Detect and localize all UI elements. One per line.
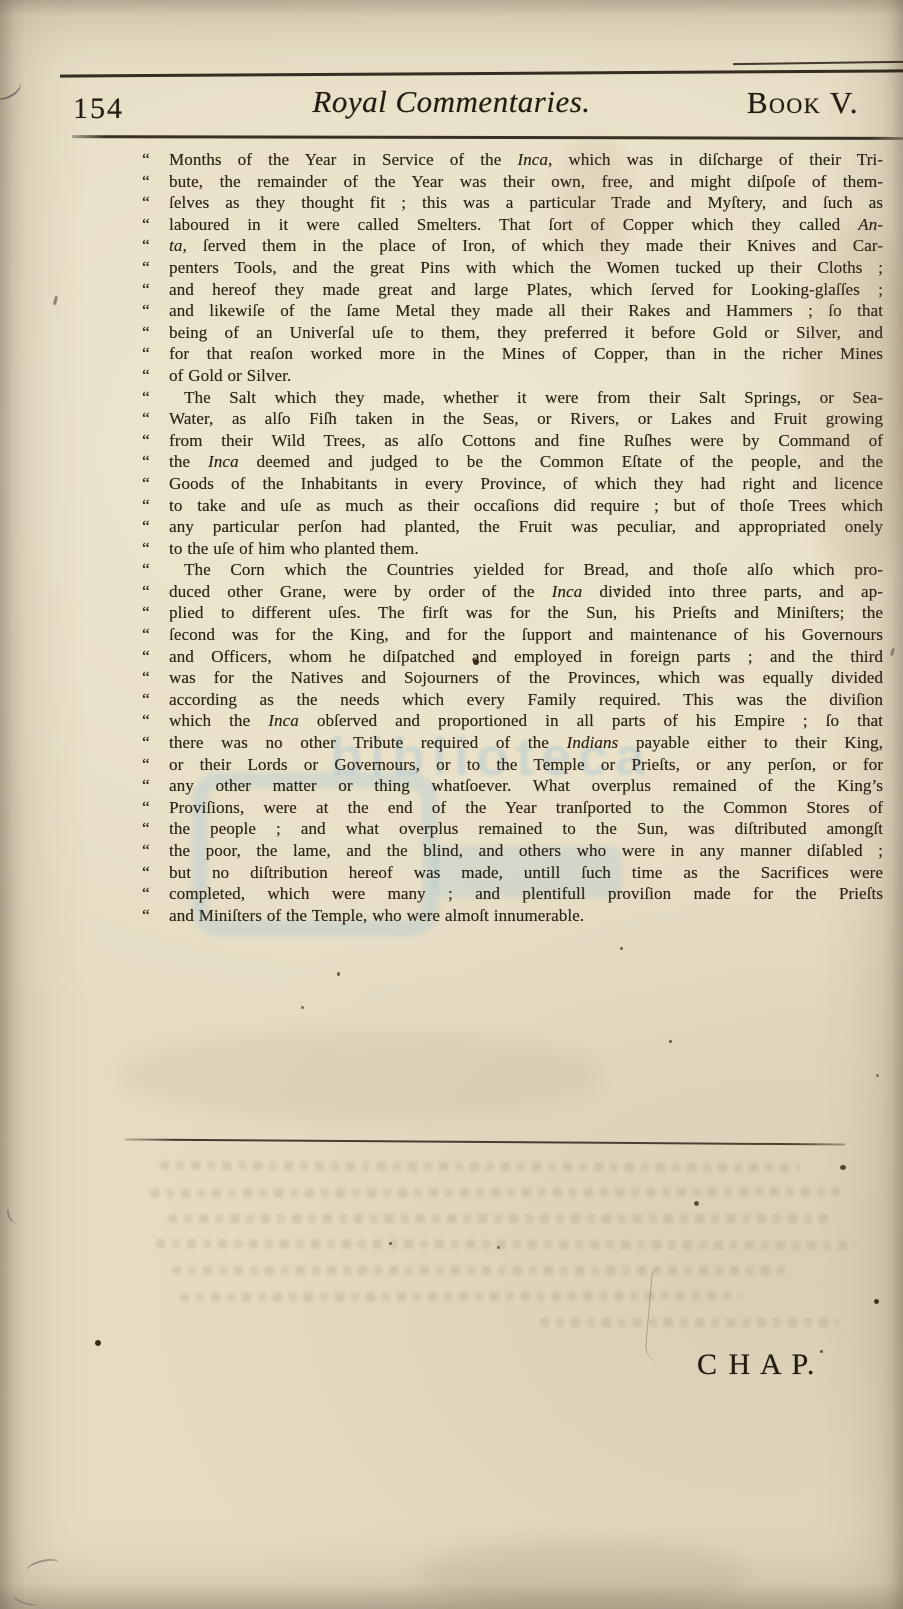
- line-text: any other matter or thing whatſoever. Wh…: [169, 775, 883, 797]
- line-text: any particular perſon had planted, the F…: [169, 516, 883, 538]
- text-line: “The Corn which the Countries yielded fo…: [142, 559, 883, 581]
- text-line: “the poor, the lame, and the blind, and …: [142, 840, 883, 862]
- text-line: “completed, which were many ; and plenti…: [142, 883, 883, 905]
- text-line: “or their Lords or Governours, or to the…: [142, 754, 883, 776]
- book-label: Book V.: [747, 85, 859, 121]
- text-line: “but no diſtribution hereof was made, un…: [142, 862, 883, 884]
- line-text: for that reaſon worked more in the Mines…: [169, 343, 883, 365]
- quote-mark: “: [142, 797, 150, 819]
- ink-speck: [620, 947, 623, 950]
- quote-mark: “: [142, 365, 150, 387]
- text-line: “ſecond was for the King, and for the ſu…: [142, 624, 883, 646]
- pen-mark: [644, 1267, 669, 1362]
- line-text: from their Wild Trees, as alſo Cottons a…: [169, 430, 883, 452]
- ink-speck: [617, 588, 620, 591]
- text-line: “penters Tools, and the great Pins with …: [142, 257, 883, 279]
- verso-show-through: [156, 1239, 856, 1250]
- line-text: and Miniſters of the Temple, who were al…: [169, 905, 883, 927]
- line-text: penters Tools, and the great Pins with w…: [169, 257, 883, 279]
- line-text: according as the needs which every Famil…: [169, 689, 883, 711]
- line-text: The Salt which they made, whether it wer…: [169, 387, 883, 409]
- pen-mark: [890, 648, 895, 657]
- text-line: “and Miniſters of the Temple, who were a…: [142, 905, 883, 927]
- text-line: “to the uſe of him who planted them.: [142, 538, 883, 560]
- quote-mark: “: [142, 473, 150, 495]
- quote-mark: “: [142, 214, 150, 236]
- foxing-spot: [874, 1299, 879, 1304]
- line-text: to take and uſe as much as their occaſio…: [169, 495, 883, 517]
- quote-mark: “: [142, 300, 150, 322]
- line-text: was for the Natives and Sojourners of th…: [169, 667, 883, 689]
- quote-mark: “: [142, 905, 150, 927]
- text-line: “The Salt which they made, whether it we…: [142, 387, 883, 409]
- quote-mark: “: [142, 710, 150, 732]
- quote-mark: “: [142, 840, 150, 862]
- text-line: “was for the Natives and Sojourners of t…: [142, 667, 883, 689]
- quote-mark: “: [142, 408, 150, 430]
- quote-mark: “: [142, 732, 150, 754]
- pen-mark: [6, 1207, 23, 1226]
- ink-speck: [669, 1040, 672, 1043]
- text-line: “and Officers, whom he diſpatched and em…: [142, 646, 883, 668]
- top-rule-secondary: [733, 61, 903, 65]
- body-text: “Months of the Year in Service of the In…: [142, 149, 883, 926]
- quote-mark: “: [142, 279, 150, 301]
- paper-stain: [560, 140, 630, 260]
- line-text: ſecond was for the King, and for the ſup…: [169, 624, 883, 646]
- line-text: and hereof they made great and large Pla…: [169, 279, 883, 301]
- pen-mark: [53, 296, 58, 305]
- quote-mark: “: [142, 430, 150, 452]
- header-divider-rule: [72, 135, 903, 140]
- text-line: “and likewiſe of the ſame Metal they mad…: [142, 300, 883, 322]
- line-text: completed, which were many ; and plentif…: [169, 883, 883, 905]
- line-text: ta, ſerved them in the place of Iron, of…: [169, 235, 883, 257]
- quote-mark: “: [142, 689, 150, 711]
- line-text: the Inca deemed and judged to be the Com…: [169, 451, 883, 473]
- verso-show-through: [168, 1214, 828, 1223]
- line-text: duced other Grane, were by order of the …: [169, 581, 883, 603]
- quote-mark: “: [142, 495, 150, 517]
- text-line: “Goods of the Inhabitants in every Provi…: [142, 473, 883, 495]
- foxing-spot: [694, 1201, 699, 1206]
- line-text: plied to different uſes. The firſt was f…: [169, 602, 883, 624]
- line-text: the poor, the lame, and the blind, and o…: [169, 840, 883, 862]
- text-line: “Proviſions, were at the end of the Year…: [142, 797, 883, 819]
- text-line: “any particular perſon had planted, the …: [142, 516, 883, 538]
- paper-stain: [420, 1540, 750, 1609]
- text-line: “from their Wild Trees, as alſo Cottons …: [142, 430, 883, 452]
- line-text: Months of the Year in Service of the Inc…: [169, 149, 883, 171]
- quote-mark: “: [142, 602, 150, 624]
- ink-speck: [389, 1242, 392, 1245]
- verso-show-through: [540, 1318, 840, 1327]
- pen-mark: [11, 1590, 39, 1608]
- line-text: to the uſe of him who planted them.: [169, 538, 883, 560]
- line-text: and Officers, whom he diſpatched and emp…: [169, 646, 883, 668]
- line-text: being of an Univerſal uſe to them, they …: [169, 322, 883, 344]
- line-text: bute, the remainder of the Year was thei…: [169, 171, 883, 193]
- line-text: the people ; and what overplus remained …: [169, 818, 883, 840]
- quote-mark: “: [142, 559, 150, 581]
- quote-mark: “: [142, 624, 150, 646]
- quote-mark: “: [142, 581, 150, 603]
- quote-mark: “: [142, 149, 150, 171]
- line-text: Goods of the Inhabitants in every Provin…: [169, 473, 883, 495]
- scanned-book-page: biblioteca 154 Royal Commentaries. Book …: [0, 0, 903, 1609]
- line-text: there was no other Tribute required of t…: [169, 732, 883, 754]
- catchword: C H A P.: [697, 1348, 816, 1382]
- line-text: Water, as alſo Fiſh taken in the Seas, o…: [169, 408, 883, 430]
- text-line: “Months of the Year in Service of the In…: [142, 149, 883, 171]
- quote-mark: “: [142, 818, 150, 840]
- quote-mark: “: [142, 235, 150, 257]
- ink-speck: [337, 972, 340, 976]
- text-line: “to take and uſe as much as their occaſi…: [142, 495, 883, 517]
- text-line: “Water, as alſo Fiſh taken in the Seas, …: [142, 408, 883, 430]
- verso-show-through: [160, 1161, 800, 1172]
- ink-speck: [497, 1246, 500, 1249]
- quote-mark: “: [142, 754, 150, 776]
- quote-mark: “: [142, 257, 150, 279]
- verso-show-through: [150, 1187, 840, 1198]
- quote-mark: “: [142, 322, 150, 344]
- text-line: “any other matter or thing whatſoever. W…: [142, 775, 883, 797]
- ink-speck: [876, 1074, 879, 1077]
- quote-mark: “: [142, 343, 150, 365]
- text-line: “which the Inca obſerved and proportione…: [142, 710, 883, 732]
- quote-mark: “: [142, 451, 150, 473]
- ink-speck: [473, 659, 479, 665]
- text-line: “laboured in it were called Smelters. Th…: [142, 214, 883, 236]
- quote-mark: “: [142, 646, 150, 668]
- line-text: ſelves as they thought fit ; this was a …: [169, 192, 883, 214]
- ink-speck: [301, 1006, 304, 1009]
- text-line: “of Gold or Silver.: [142, 365, 883, 387]
- text-line: “plied to different uſes. The firſt was …: [142, 602, 883, 624]
- line-text: but no diſtribution hereof was made, unt…: [169, 862, 883, 884]
- quote-mark: “: [142, 538, 150, 560]
- text-line: “duced other Grane, were by order of the…: [142, 581, 883, 603]
- text-line: “bute, the remainder of the Year was the…: [142, 171, 883, 193]
- text-line: “the people ; and what overplus remained…: [142, 818, 883, 840]
- text-line: “ſelves as they thought fit ; this was a…: [142, 192, 883, 214]
- line-text: and likewiſe of the ſame Metal they made…: [169, 300, 883, 322]
- ink-blot: [95, 1340, 101, 1346]
- pen-mark: [25, 1556, 61, 1578]
- quote-mark: “: [142, 883, 150, 905]
- line-text: laboured in it were called Smelters. Tha…: [169, 214, 883, 236]
- quote-mark: “: [142, 862, 150, 884]
- lower-rule: [125, 1138, 845, 1145]
- text-line: “ta, ſerved them in the place of Iron, o…: [142, 235, 883, 257]
- foxing-spot: [840, 1165, 846, 1170]
- quote-mark: “: [142, 516, 150, 538]
- quote-mark: “: [142, 667, 150, 689]
- line-text: The Corn which the Countries yielded for…: [169, 559, 883, 581]
- text-line: “the Inca deemed and judged to be the Co…: [142, 451, 883, 473]
- text-line: “and hereof they made great and large Pl…: [142, 279, 883, 301]
- text-line: “according as the needs which every Fami…: [142, 689, 883, 711]
- top-rule: [60, 69, 903, 77]
- line-text: Proviſions, were at the end of the Year …: [169, 797, 883, 819]
- quote-mark: “: [142, 171, 150, 193]
- ink-speck: [820, 1350, 823, 1353]
- text-line: “for that reaſon worked more in the Mine…: [142, 343, 883, 365]
- paper-stain: [120, 1030, 600, 1120]
- verso-show-through: [172, 1266, 792, 1275]
- text-line: “there was no other Tribute required of …: [142, 732, 883, 754]
- line-text: of Gold or Silver.: [169, 365, 883, 387]
- line-text: which the Inca obſerved and proportioned…: [169, 710, 883, 732]
- text-line: “being of an Univerſal uſe to them, they…: [142, 322, 883, 344]
- quote-mark: “: [142, 387, 150, 409]
- quote-mark: “: [142, 192, 150, 214]
- quote-mark: “: [142, 775, 150, 797]
- line-text: or their Lords or Governours, or to the …: [169, 754, 883, 776]
